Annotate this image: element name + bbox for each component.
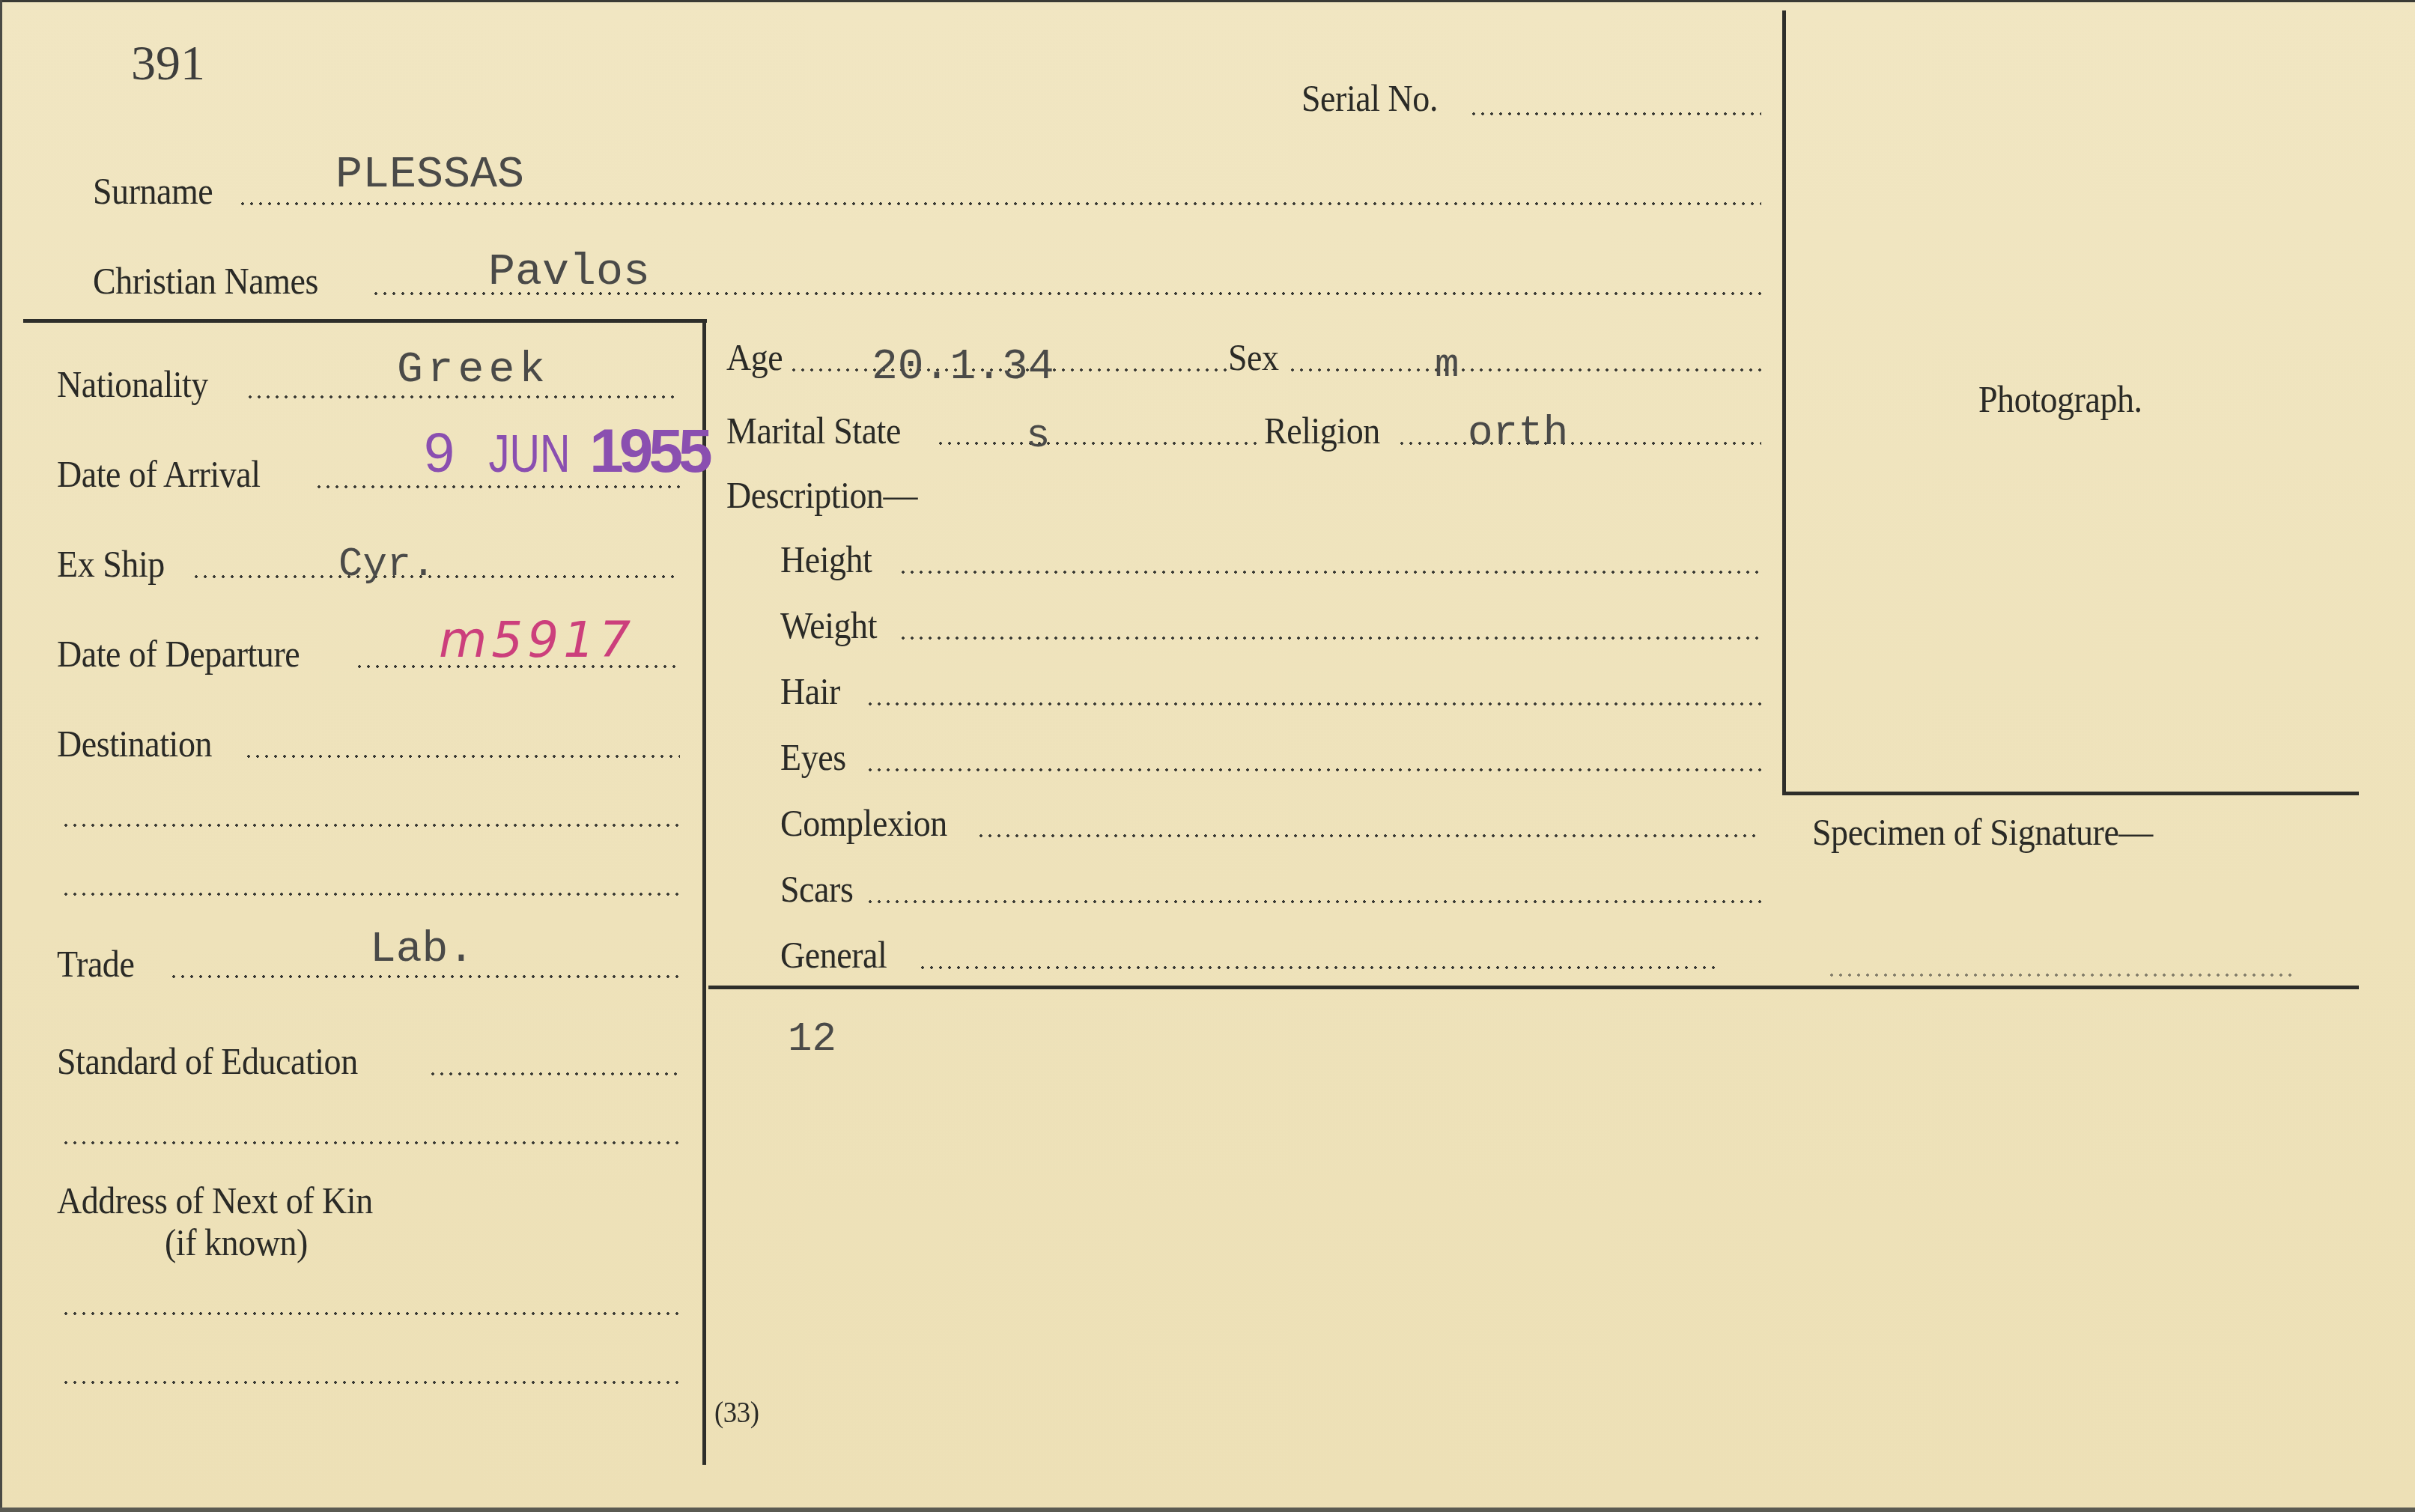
footer-code: (33) [714, 1397, 759, 1427]
sex-label: Sex [1228, 338, 1279, 376]
card-left-edge [0, 0, 2, 1512]
card-bottom-edge [0, 1508, 2415, 1512]
standard-of-education-field-2[interactable] [61, 1141, 680, 1144]
eyes-label: Eyes [780, 738, 846, 776]
marital-state-value: s [1026, 416, 1050, 457]
weight-label: Weight [780, 607, 877, 644]
hair-label: Hair [780, 672, 840, 710]
date-of-departure-handwritten: m5917 [439, 616, 635, 665]
photo-frame-bottom-rule [1782, 792, 2359, 795]
religion-value: orth [1468, 412, 1568, 454]
signature-label: Specimen of Signature— [1812, 813, 2153, 851]
eyes-field[interactable] [866, 768, 1761, 771]
date-of-departure-label: Date of Departure [57, 635, 300, 672]
destination-field-2[interactable] [61, 824, 680, 827]
height-field[interactable] [899, 571, 1761, 574]
next-of-kin-field-2[interactable] [61, 1381, 680, 1384]
stamp-month: JUN [489, 428, 571, 480]
age-label: Age [726, 338, 783, 376]
sex-value: m [1435, 346, 1459, 386]
next-of-kin-sublabel: (if known) [165, 1224, 308, 1261]
scars-field[interactable] [866, 900, 1761, 903]
height-label: Height [780, 541, 872, 578]
stamp-day: 9 [424, 422, 455, 484]
nationality-field[interactable] [246, 395, 680, 398]
surname-label: Surname [93, 172, 213, 210]
stamp-year: 1955 [589, 417, 708, 485]
general-field[interactable] [918, 966, 1718, 969]
scars-label: Scars [780, 870, 853, 908]
arrival-date-stamp: 9 JUN 1955 [424, 421, 708, 482]
trade-label: Trade [57, 945, 134, 983]
destination-label: Destination [57, 725, 212, 762]
card-number: 391 [131, 39, 205, 88]
next-of-kin-field-1[interactable] [61, 1312, 680, 1315]
weight-field[interactable] [899, 637, 1761, 640]
signature-dotted-line [1827, 974, 2291, 977]
ex-ship-value: Cyr. [338, 545, 436, 586]
photograph-area[interactable] [1788, 15, 2357, 789]
hair-field[interactable] [866, 702, 1761, 705]
signature-area[interactable] [1790, 861, 2356, 974]
description-bottom-rule [708, 986, 2359, 989]
surname-field[interactable] [238, 202, 1761, 205]
serial-no-label: Serial No. [1301, 79, 1438, 117]
destination-field-3[interactable] [61, 893, 680, 896]
age-value: 20.1.34 [872, 346, 1054, 389]
nationality-value: Greek [397, 349, 550, 392]
christian-names-label: Christian Names [93, 262, 318, 300]
ex-ship-label: Ex Ship [57, 545, 165, 583]
alien-registration-card: 391 Serial No. Surname PLESSAS Christian… [0, 0, 2415, 1512]
trade-field[interactable] [169, 975, 680, 978]
christian-names-value: Pavlos [488, 250, 650, 295]
nationality-label: Nationality [57, 365, 208, 403]
surname-value: PLESSAS [335, 153, 524, 198]
serial-no-field[interactable] [1469, 112, 1761, 115]
complexion-label: Complexion [780, 804, 947, 842]
description-heading: Description— [726, 476, 917, 514]
date-of-arrival-field[interactable] [315, 485, 680, 488]
marital-state-field[interactable] [936, 442, 1263, 445]
religion-field[interactable] [1397, 442, 1761, 445]
marital-state-label: Marital State [726, 412, 901, 449]
next-of-kin-label: Address of Next of Kin [57, 1182, 373, 1219]
religion-label: Religion [1264, 412, 1380, 449]
destination-field-1[interactable] [244, 755, 680, 758]
ex-ship-field[interactable] [192, 575, 680, 578]
left-panel-top-rule [23, 319, 707, 323]
complexion-field[interactable] [976, 834, 1761, 837]
photo-frame-left-rule [1782, 10, 1786, 794]
left-panel-divider [702, 319, 706, 1465]
standard-of-education-label: Standard of Education [57, 1042, 358, 1080]
card-top-edge [0, 0, 2415, 2]
typed-note-12: 12 [788, 1020, 836, 1060]
trade-value: Lab. [370, 929, 474, 972]
standard-of-education-field-1[interactable] [428, 1072, 680, 1075]
date-of-arrival-label: Date of Arrival [57, 455, 261, 493]
sex-field[interactable] [1288, 368, 1761, 371]
general-label: General [780, 936, 887, 974]
